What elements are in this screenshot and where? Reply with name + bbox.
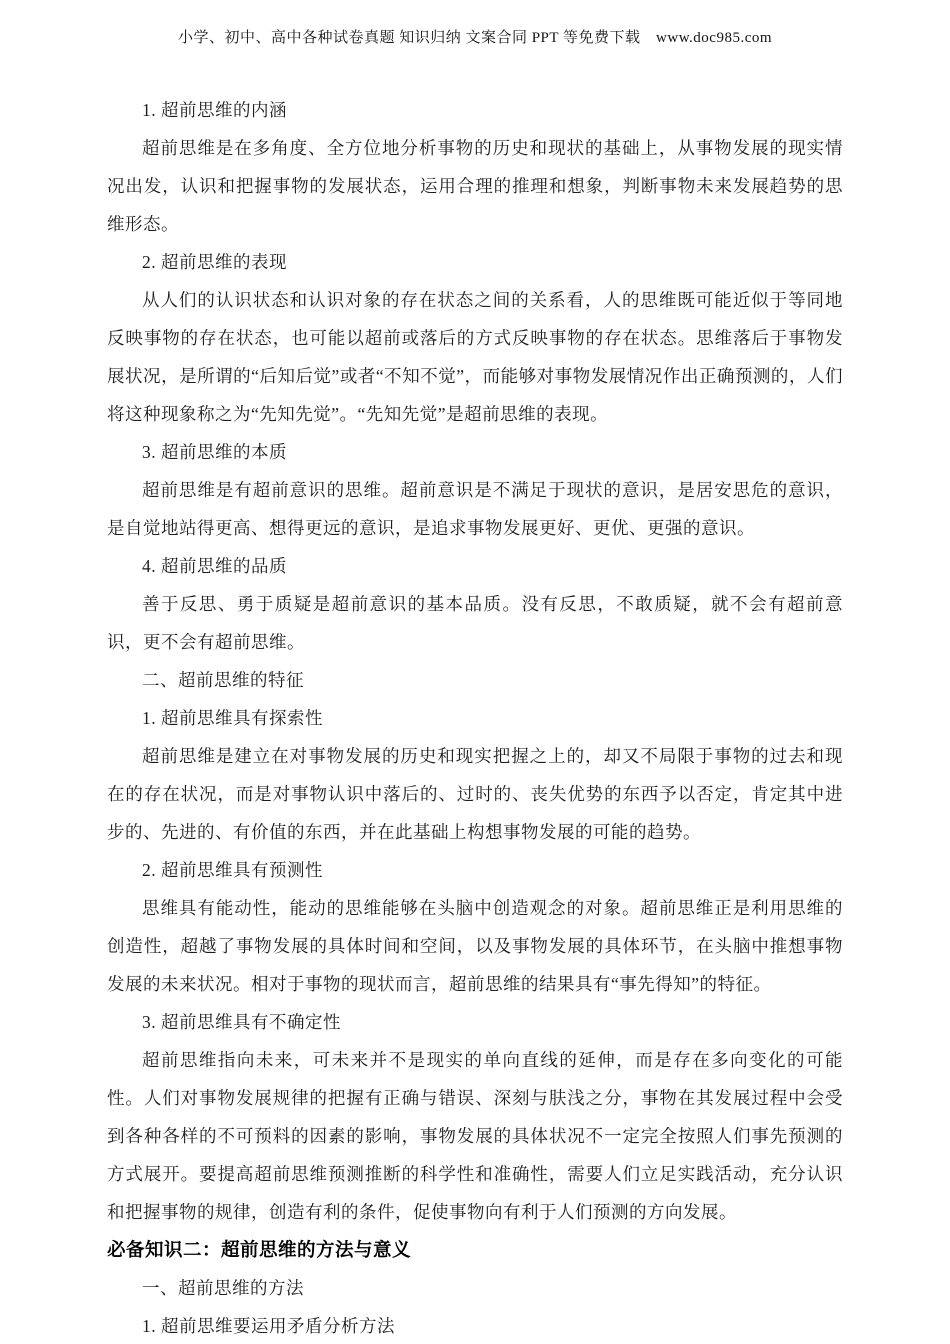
- paragraph: 3. 超前思维的本质: [107, 433, 843, 471]
- paragraph: 超前思维指向未来，可未来并不是现实的单向直线的延伸，而是存在多向变化的可能性。人…: [107, 1041, 843, 1231]
- paragraph: 善于反思、勇于质疑是超前意识的基本品质。没有反思，不敢质疑，就不会有超前意识，更…: [107, 585, 843, 661]
- paragraph: 3. 超前思维具有不确定性: [107, 1003, 843, 1041]
- paragraph: 超前思维是建立在对事物发展的历史和现实把握之上的，却又不局限于事物的过去和现在的…: [107, 737, 843, 851]
- paragraph: 超前思维是有超前意识的思维。超前意识是不满足于现状的意识，是居安思危的意识，是自…: [107, 471, 843, 547]
- paragraph: 1. 超前思维具有探索性: [107, 699, 843, 737]
- paragraph: 思维具有能动性，能动的思维能够在头脑中创造观念的对象。超前思维正是利用思维的创造…: [107, 889, 843, 1003]
- paragraph: 一、超前思维的方法: [107, 1269, 843, 1307]
- watermark-header: 小学、初中、高中各种试卷真题 知识归纳 文案合同 PPT 等免费下载 www.d…: [0, 0, 950, 47]
- document-body: 1. 超前思维的内涵超前思维是在多角度、全方位地分析事物的历史和现状的基础上，从…: [107, 91, 843, 1344]
- paragraph: 4. 超前思维的品质: [107, 547, 843, 585]
- paragraph: 1. 超前思维要运用矛盾分析方法: [107, 1307, 843, 1344]
- document-page: 小学、初中、高中各种试卷真题 知识归纳 文案合同 PPT 等免费下载 www.d…: [0, 0, 950, 1344]
- paragraph: 2. 超前思维具有预测性: [107, 851, 843, 889]
- paragraph: 从人们的认识状态和认识对象的存在状态之间的关系看，人的思维既可能近似于等同地反映…: [107, 281, 843, 433]
- paragraph: 2. 超前思维的表现: [107, 243, 843, 281]
- section-title: 必备知识二：超前思维的方法与意义: [107, 1231, 843, 1269]
- paragraph: 超前思维是在多角度、全方位地分析事物的历史和现状的基础上，从事物发展的现实情况出…: [107, 129, 843, 243]
- paragraph: 二、超前思维的特征: [107, 661, 843, 699]
- paragraph: 1. 超前思维的内涵: [107, 91, 843, 129]
